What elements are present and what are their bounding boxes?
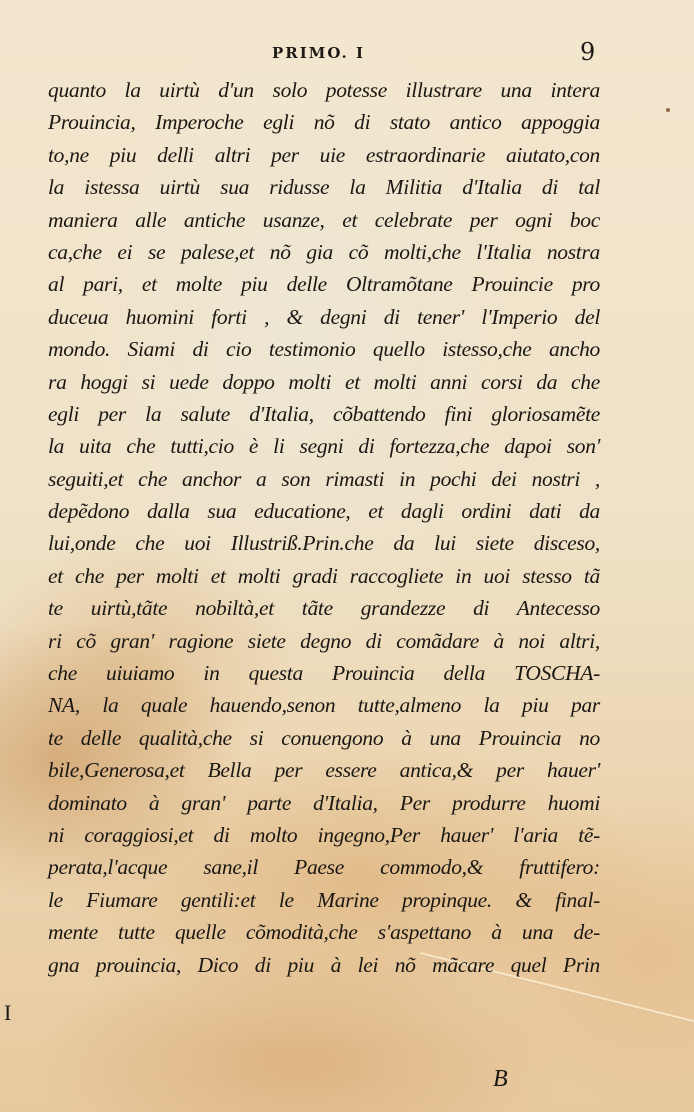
text-line: quanto la uirtù d'un solo potesse illust…: [48, 74, 600, 106]
text-line: ni coraggiosi,et di molto ingegno,Per ha…: [48, 819, 600, 851]
text-line: ri cõ gran' ragione siete degno di comãd…: [48, 625, 600, 657]
text-line: ra hoggi si uede doppo molti et molti an…: [48, 366, 600, 398]
signature-mark: B: [493, 1066, 508, 1093]
text-line: egli per la salute d'Italia, cõbattendo …: [48, 398, 600, 430]
text-line: la istessa uirtù sua ridusse la Militia …: [48, 171, 600, 203]
text-line: seguiti,et che anchor a son rimasti in p…: [48, 463, 600, 495]
text-line: dominato à gran' parte d'Italia, Per pro…: [48, 787, 600, 819]
text-line: la uita che tutti,cio è li segni di fort…: [48, 430, 600, 462]
text-line: mente tutte quelle cõmodità,che s'aspett…: [48, 916, 600, 948]
text-line: te uirtù,tãte nobiltà,et tãte grandezze …: [48, 592, 600, 624]
running-head: PRIMO. I: [272, 44, 365, 62]
page-header: PRIMO. I 9: [0, 42, 694, 72]
body-text: quanto la uirtù d'un solo potesse illust…: [48, 74, 600, 981]
text-line: maniera alle antiche usanze, et celebrat…: [48, 204, 600, 236]
paper-spot: [666, 108, 670, 112]
page-number: 9: [580, 38, 595, 66]
text-line: al pari, et molte piu delle Oltramõtane …: [48, 268, 600, 300]
text-line: mondo. Siami di cio testimonio quello is…: [48, 333, 600, 365]
text-line: depẽdono dalla sua educatione, et dagli …: [48, 495, 600, 527]
text-line: che uiuiamo in questa Prouincia della TO…: [48, 657, 600, 689]
text-line: ca,che ei se palese,et nõ gia cõ molti,c…: [48, 236, 600, 268]
text-line: Prouincia, Imperoche egli nõ di stato an…: [48, 106, 600, 138]
margin-mark: I: [4, 1000, 11, 1026]
text-line: duceua huomini forti , & degni di tener'…: [48, 301, 600, 333]
text-line: to,ne piu delli altri per uie estraordin…: [48, 139, 600, 171]
text-line: bile,Generosa,et Bella per essere antica…: [48, 754, 600, 786]
text-line: gna prouincia, Dico di piu à lei nõ mãca…: [48, 949, 600, 981]
text-line: le Fiumare gentili:et le Marine propinqu…: [48, 884, 600, 916]
text-line: NA, la quale hauendo,senon tutte,almeno …: [48, 689, 600, 721]
book-page: PRIMO. I 9 quanto la uirtù d'un solo pot…: [0, 0, 694, 1112]
text-line: lui,onde che uoi Illustriß.Prin.che da l…: [48, 527, 600, 559]
text-line: et che per molti et molti gradi raccogli…: [48, 560, 600, 592]
text-line: perata,l'acque sane,il Paese commodo,& f…: [48, 851, 600, 883]
text-line: te delle qualità,che si conuengono à una…: [48, 722, 600, 754]
